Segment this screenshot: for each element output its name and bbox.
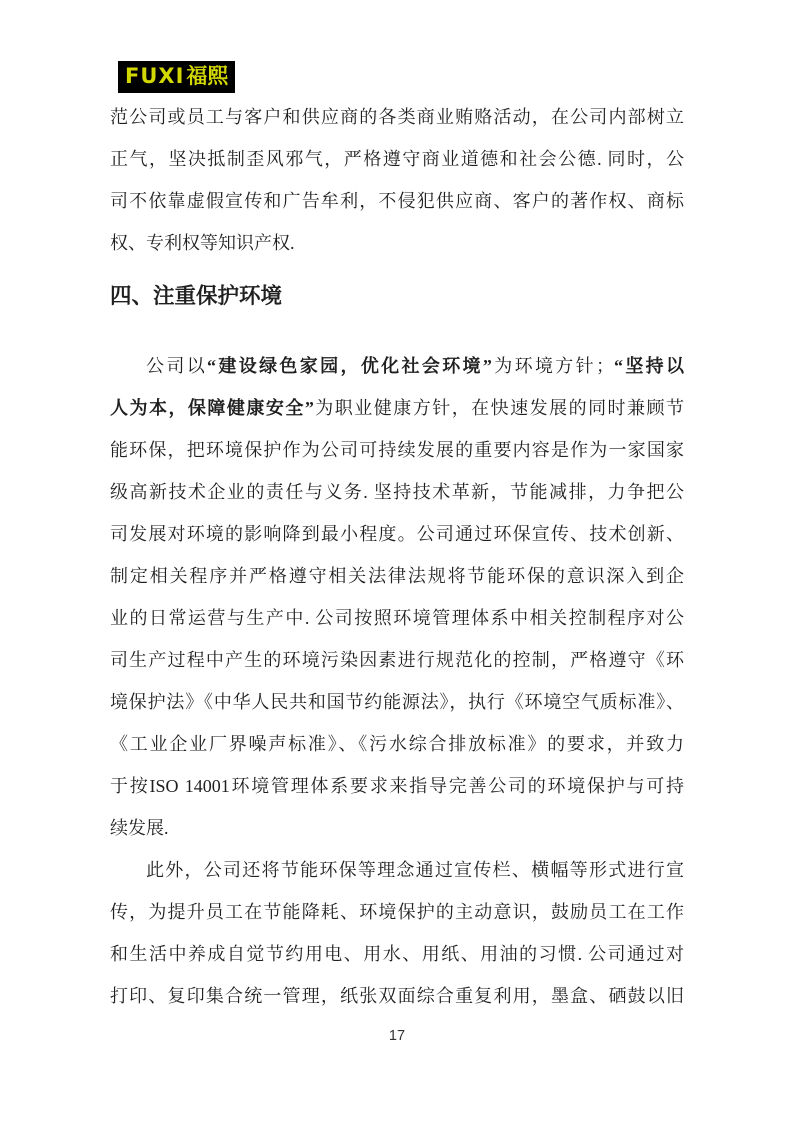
company-logo: FUXI福熙	[118, 61, 235, 93]
text-segment: 级高新技术企业的责任与义务. 坚持技术革新，节能减排，力争把公	[110, 482, 684, 502]
paragraph: 公司以“建设绿色家园，优化社会环境”为环境方针；“坚持以人为本，保障健康安全”为…	[110, 345, 684, 849]
text-line: 人为本，保障健康安全”为职业健康方针，在快速发展的同时兼顾节	[110, 387, 684, 429]
text-segment: 范公司或员工与客户和供应商的各类商业贿赂活动，在公司内部树立	[110, 107, 684, 127]
text-segment: 司生产过程中产生的环境污染因素进行规范化的控制，严格遵守《环	[110, 650, 684, 670]
text-segment: 正气，坚决抵制歪风邪气，严格遵守商业道德和社会公德. 同时，公	[110, 149, 684, 169]
text-line: 权、专利权等知识产权.	[110, 222, 684, 264]
text-line: 司发展对环境的影响降到最小程度。公司通过环保宣传、技术创新、	[110, 513, 684, 555]
text-segment: 为环境方针；	[492, 356, 614, 376]
text-line: 此外，公司还将节能环保等理念通过宣传栏、横幅等形式进行宣	[110, 849, 684, 891]
bold-text-segment: 人为本，保障健康安全”	[110, 398, 314, 418]
bold-text-segment: “建设绿色家园，优化社会环境”	[207, 356, 492, 376]
text-segment: 境保护法》《中华人民共和国节约能源法》，执行《环境空气质标准》、	[110, 692, 684, 712]
text-line: 和生活中养成自觉节约用电、用水、用纸、用油的习惯. 公司通过对	[110, 933, 684, 975]
bold-text-segment: “坚持以	[614, 356, 684, 376]
text-line: 公司以“建设绿色家园，优化社会环境”为环境方针；“坚持以	[110, 345, 684, 387]
text-segment: 公司以	[146, 356, 207, 376]
text-line: 传，为提升员工在节能降耗、环境保护的主动意识，鼓励员工在工作	[110, 891, 684, 933]
text-segment: 能环保，把环境保护作为公司可持续发展的重要内容是作为一家国家	[110, 440, 684, 460]
text-line: 业的日常运营与生产中. 公司按照环境管理体系中相关控制程序对公	[110, 597, 684, 639]
text-segment: 《工业企业厂界噪声标准》、《污水综合排放标准》的要求，并致力	[110, 734, 684, 754]
text-line: 范公司或员工与客户和供应商的各类商业贿赂活动，在公司内部树立	[110, 96, 684, 138]
text-line: 境保护法》《中华人民共和国节约能源法》，执行《环境空气质标准》、	[110, 681, 684, 723]
text-segment: 传，为提升员工在节能降耗、环境保护的主动意识，鼓励员工在工作	[110, 902, 684, 922]
text-segment: 于按ISO 14001环境管理体系要求来指导完善公司的环境保护与可持	[110, 776, 684, 796]
text-line: 《工业企业厂界噪声标准》、《污水综合排放标准》的要求，并致力	[110, 723, 684, 765]
text-segment: 和生活中养成自觉节约用电、用水、用纸、用油的习惯. 公司通过对	[110, 944, 684, 964]
section-heading: 四、注重保护环境	[110, 282, 684, 310]
text-segment: 制定相关程序并严格遵守相关法律法规将节能环保的意识深入到企	[110, 566, 684, 586]
text-segment: 续发展.	[110, 818, 169, 838]
text-segment: 打印、复印集合统一管理，纸张双面综合重复利用，墨盒、硒鼓以旧	[110, 986, 684, 1006]
logo-latin-text: FUXI	[125, 66, 184, 87]
text-line: 制定相关程序并严格遵守相关法律法规将节能环保的意识深入到企	[110, 555, 684, 597]
document-body: 范公司或员工与客户和供应商的各类商业贿赂活动，在公司内部树立正气，坚决抵制歪风邪…	[110, 96, 684, 1017]
text-line: 于按ISO 14001环境管理体系要求来指导完善公司的环境保护与可持	[110, 765, 684, 807]
text-line: 续发展.	[110, 807, 684, 849]
logo-cjk-text: 福熙	[186, 66, 228, 87]
text-segment: 为职业健康方针，在快速发展的同时兼顾节	[314, 398, 684, 418]
page-number: 17	[0, 1028, 794, 1044]
text-line: 打印、复印集合统一管理，纸张双面综合重复利用，墨盒、硒鼓以旧	[110, 975, 684, 1017]
text-segment: 权、专利权等知识产权.	[110, 233, 295, 253]
text-line: 级高新技术企业的责任与义务. 坚持技术革新，节能减排，力争把公	[110, 471, 684, 513]
text-segment: 司不依靠虚假宣传和广告牟利，不侵犯供应商、客户的著作权、商标	[110, 191, 684, 211]
text-line: 司不依靠虚假宣传和广告牟利，不侵犯供应商、客户的著作权、商标	[110, 180, 684, 222]
text-line: 司生产过程中产生的环境污染因素进行规范化的控制，严格遵守《环	[110, 639, 684, 681]
text-line: 正气，坚决抵制歪风邪气，严格遵守商业道德和社会公德. 同时，公	[110, 138, 684, 180]
paragraph: 范公司或员工与客户和供应商的各类商业贿赂活动，在公司内部树立正气，坚决抵制歪风邪…	[110, 96, 684, 264]
text-segment: 此外，公司还将节能环保等理念通过宣传栏、横幅等形式进行宣	[146, 860, 684, 880]
text-line: 能环保，把环境保护作为公司可持续发展的重要内容是作为一家国家	[110, 429, 684, 471]
paragraph: 此外，公司还将节能环保等理念通过宣传栏、横幅等形式进行宣传，为提升员工在节能降耗…	[110, 849, 684, 1017]
document-page: FUXI福熙 范公司或员工与客户和供应商的各类商业贿赂活动，在公司内部树立正气，…	[0, 0, 794, 1123]
text-segment: 业的日常运营与生产中. 公司按照环境管理体系中相关控制程序对公	[110, 608, 684, 628]
text-segment: 司发展对环境的影响降到最小程度。公司通过环保宣传、技术创新、	[110, 524, 684, 544]
